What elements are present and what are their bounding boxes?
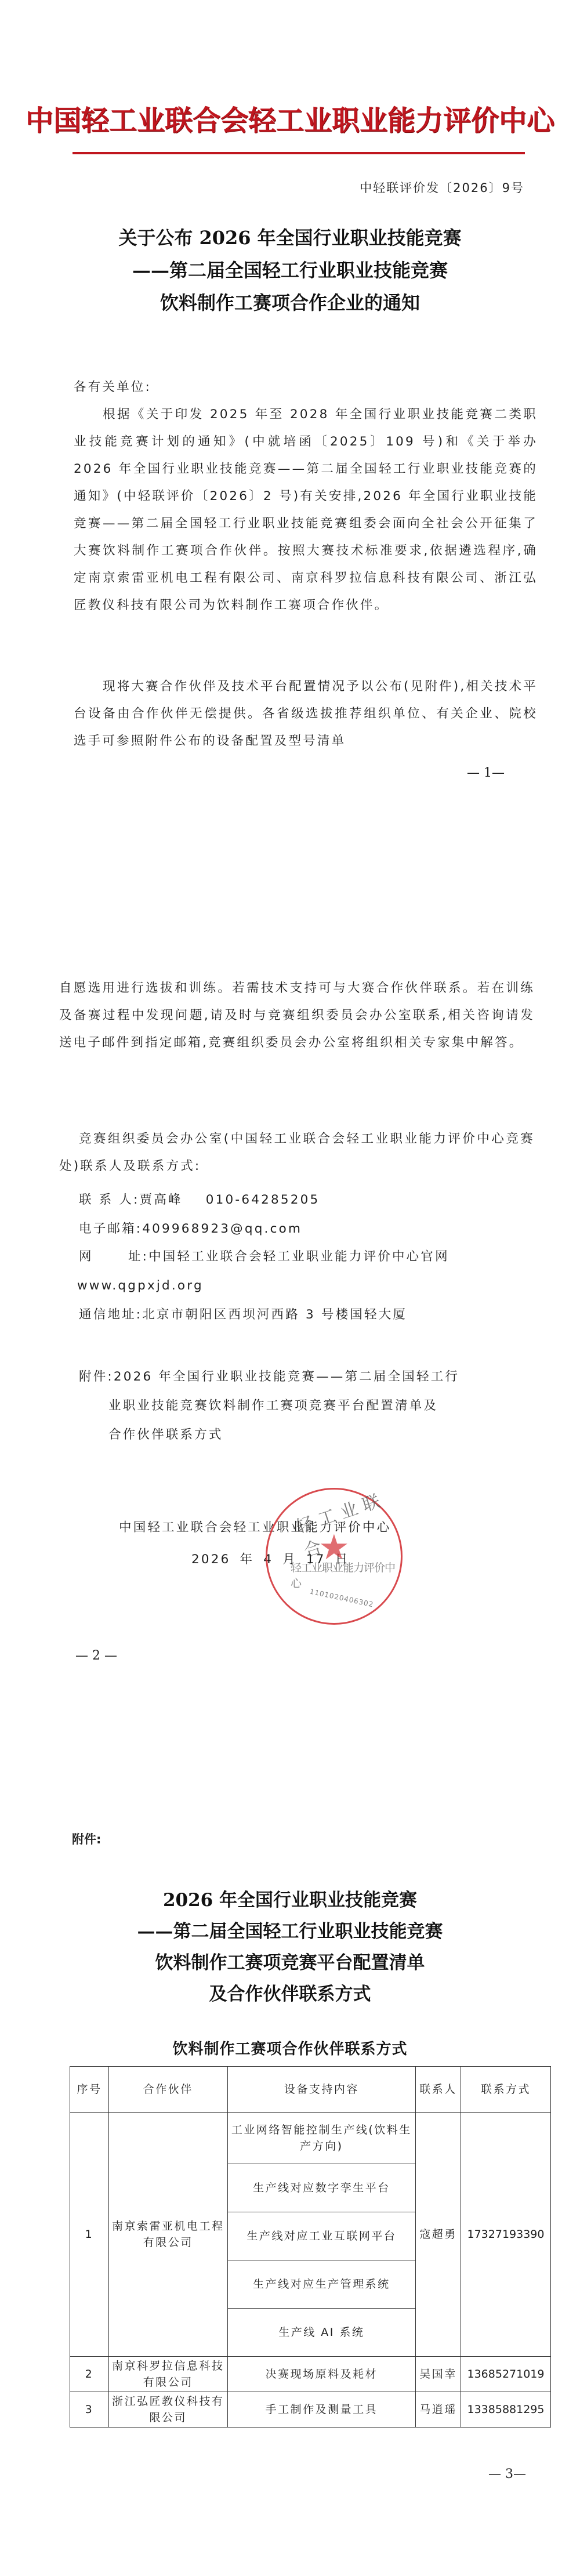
notice-paragraph-2-part-2: 自愿选用进行选拔和训练。若需技术支持可与大赛合作伙伴联系。若在训练及备赛过程中发… — [59, 974, 535, 1056]
contact-person-name: 贾高峰 — [140, 1193, 183, 1207]
attachment-reference-line-1: 附件:2026 年全国行业职业技能竞赛——第二届全国轻工行 — [79, 1363, 459, 1390]
page-number-3: — 3— — [488, 2467, 526, 2481]
notice-title-line-2: ——第二届全国轻工行业职业技能竞赛 — [0, 254, 580, 287]
row-1-equipment-5: 生产线 AI 系统 — [227, 2309, 415, 2357]
contact-website-url[interactable]: www.qgpxjd.org — [77, 1272, 204, 1299]
row-1-index: 1 — [70, 2113, 109, 2357]
attachment-title-line-2: ——第二届全国轻工行业职业技能竞赛 — [0, 1915, 580, 1948]
notice-paragraph-2-part-1: 现将大赛合作伙伴及技术平台配置情况予以公布(见附件),相关技术平台设备由合作伙伴… — [74, 673, 538, 755]
row-2-equipment: 决赛现场原料及耗材 — [227, 2357, 415, 2392]
attachment-title-line-3: 饮料制作工赛项竞赛平台配置清单 — [0, 1947, 580, 1979]
page-number-2: — 2 — — [75, 1649, 117, 1663]
row-1-phone: 17327193390 — [461, 2113, 550, 2357]
notice-title-line-3: 饮料制作工赛项合作企业的通知 — [0, 287, 580, 319]
header-phone: 联系方式 — [461, 2067, 550, 2113]
contact-website-label: 网 址: — [79, 1249, 148, 1264]
table-header-row: 序号 合作伙伴 设备支持内容 联系人 联系方式 — [70, 2067, 551, 2113]
row-2-phone: 13685271019 — [461, 2357, 550, 2392]
table-title: 饮料制作工赛项合作伙伴联系方式 — [0, 2037, 580, 2059]
contact-address-row: 通信地址:北京市朝阳区西坝河西路 3 号楼国轻大厦 — [79, 1301, 407, 1328]
page-number-1: — 1— — [467, 766, 505, 780]
row-1-contact: 寇超勇 — [416, 2113, 461, 2357]
table-row: 1 南京索雷亚机电工程有限公司 工业网络智能控制生产线(饮料生产方向) 寇超勇 … — [70, 2113, 551, 2164]
row-3-partner: 浙江弘匠教仪科技有限公司 — [108, 2392, 227, 2428]
letterhead-organization: 中国轻工业联合会轻工业职业能力评价中心 — [0, 104, 580, 137]
salutation: 各有关单位: — [74, 374, 538, 401]
row-2-index: 2 — [70, 2357, 109, 2392]
header-index: 序号 — [70, 2067, 109, 2113]
attachment-title-line-1: 2026 年全国行业职业技能竞赛 — [0, 1884, 580, 1916]
row-2-partner: 南京科罗拉信息科技有限公司 — [108, 2357, 227, 2392]
contact-intro: 竞赛组织委员会办公室(中国轻工业联合会轻工业职业能力评价中心竞赛处)联系人及联系… — [59, 1125, 535, 1180]
document-number: 中轻联评价发〔2026〕9号 — [360, 179, 524, 196]
row-2-contact: 吴国幸 — [416, 2357, 461, 2392]
row-1-equipment-3: 生产线对应工业互联网平台 — [227, 2212, 415, 2260]
attachment-title-line-4: 及合作伙伴联系方式 — [0, 1978, 580, 2010]
contact-email[interactable]: 409968923@qq.com — [142, 1222, 302, 1236]
seal-center-text: 轻工业职业能力评价中心 — [291, 1559, 401, 1590]
attachment-reference-line-3: 合作伙伴联系方式 — [108, 1421, 223, 1448]
contact-address: 北京市朝阳区西坝河西路 3 号楼国轻大厦 — [142, 1307, 407, 1322]
row-1-partner: 南京索雷亚机电工程有限公司 — [108, 2113, 227, 2357]
row-1-equipment-4: 生产线对应生产管理系统 — [227, 2260, 415, 2309]
header-equipment: 设备支持内容 — [227, 2067, 415, 2113]
header-contact: 联系人 — [416, 2067, 461, 2113]
letterhead-divider — [72, 152, 525, 154]
header-partner: 合作伙伴 — [108, 2067, 227, 2113]
table-row: 2 南京科罗拉信息科技有限公司 决赛现场原料及耗材 吴国幸 1368527101… — [70, 2357, 551, 2392]
attachment-title-1: 2026 年全国行业职业技能竞赛——第二届全国轻工行 — [114, 1369, 459, 1384]
row-1-equipment-1: 工业网络智能控制生产线(饮料生产方向) — [227, 2113, 415, 2164]
contact-website-name: 中国轻工业联合会轻工业职业能力评价中心官网 — [148, 1249, 449, 1264]
row-3-equipment: 手工制作及测量工具 — [227, 2392, 415, 2428]
contact-person-label: 联 系 人: — [79, 1193, 140, 1207]
attachment-label: 附件: — [79, 1369, 114, 1384]
contact-email-row: 电子邮箱:409968923@qq.com — [79, 1215, 302, 1242]
row-3-phone: 13385881295 — [461, 2392, 550, 2428]
official-seal: 轻工业联合 ★ 轻工业职业能力评价中心 1101020406302 — [266, 1488, 403, 1625]
attachment-page-label: 附件: — [72, 1830, 101, 1847]
contact-address-label: 通信地址: — [79, 1307, 142, 1322]
contact-phone: 010-64285205 — [206, 1193, 320, 1207]
contact-website-row: 网 址:中国轻工业联合会轻工业职业能力评价中心官网 — [79, 1243, 449, 1270]
contact-email-label: 电子邮箱: — [79, 1222, 142, 1236]
partners-table: 序号 合作伙伴 设备支持内容 联系人 联系方式 1 南京索雷亚机电工程有限公司 … — [70, 2066, 551, 2428]
attachment-reference-line-2: 业职业技能竞赛饮料制作工赛项竞赛平台配置清单及 — [108, 1392, 438, 1419]
seal-code: 1101020406302 — [309, 1587, 375, 1608]
row-3-index: 3 — [70, 2392, 109, 2428]
table-row: 3 浙江弘匠教仪科技有限公司 手工制作及测量工具 马逍瑶 13385881295 — [70, 2392, 551, 2428]
notice-paragraph-1: 根据《关于印发 2025 年至 2028 年全国行业职业技能竞赛二类职业技能竞赛… — [74, 401, 538, 619]
row-3-contact: 马逍瑶 — [416, 2392, 461, 2428]
notice-title-line-1: 关于公布 2026 年全国行业职业技能竞赛 — [0, 222, 580, 254]
contact-person-row: 联 系 人:贾高峰 010-64285205 — [79, 1186, 320, 1213]
row-1-equipment-2: 生产线对应数字孪生平台 — [227, 2164, 415, 2212]
